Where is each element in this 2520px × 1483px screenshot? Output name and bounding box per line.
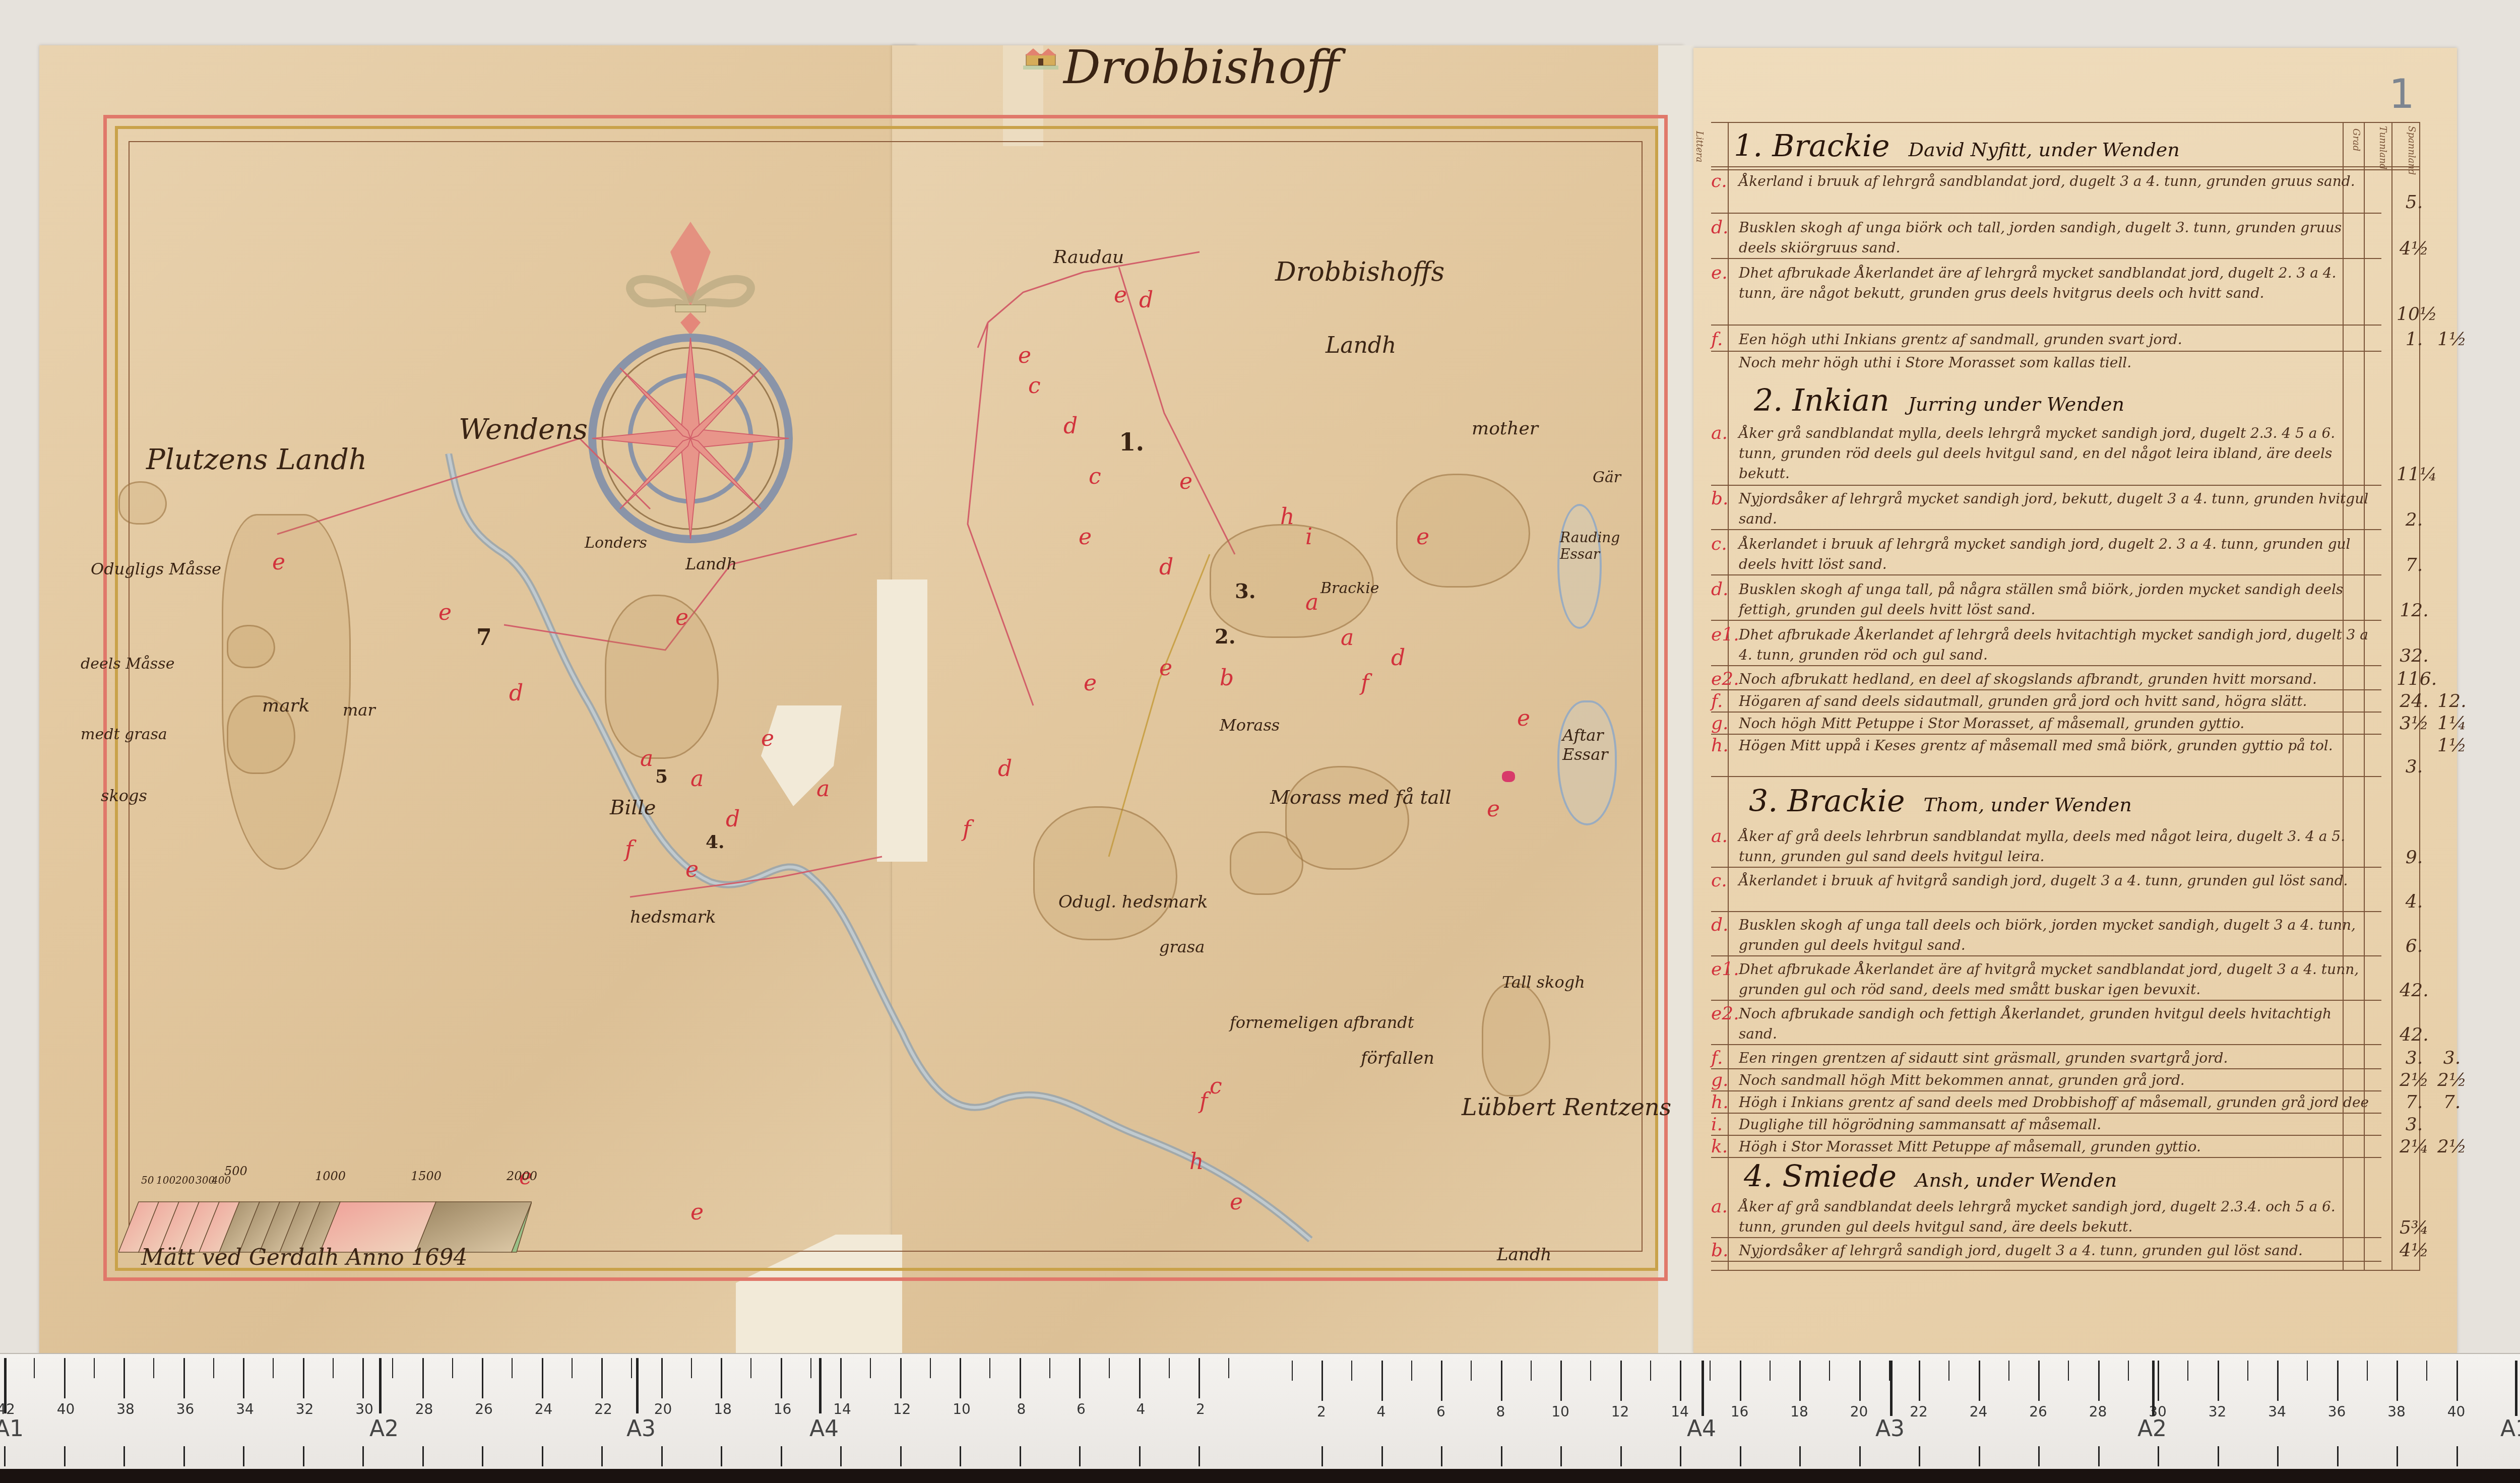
label-deels-masse: deels Måsse (81, 655, 174, 673)
label-rauding-essar: Rauding Essar (1560, 529, 1600, 562)
ruler-tick (2038, 1446, 2040, 1466)
ruler-number: 34 (236, 1401, 254, 1417)
row-littera: b. (1711, 1241, 1729, 1261)
row-littera: d. (1711, 579, 1729, 600)
ruler-tick (2158, 1446, 2159, 1466)
ruler-number: 24 (535, 1401, 553, 1417)
ruler-tick (1620, 1446, 1622, 1466)
ruler-tick (2426, 1361, 2427, 1381)
register-row: f.Högaren af sand deels sidautmall, grun… (1711, 691, 2381, 713)
ruler-number: 24 (1970, 1403, 1988, 1420)
row-spannland: 2½ (2437, 1070, 2467, 1090)
row-tunnland: 5. (2397, 192, 2432, 213)
parcel-number-4: 4. (706, 831, 725, 853)
section-name: Brackie (1787, 784, 1905, 819)
row-description: Noch sandmall högh Mitt bekommen annat, … (1739, 1070, 2369, 1090)
row-littera: c. (1711, 171, 1727, 191)
ruler-tick (1020, 1358, 1021, 1398)
row-littera: f. (1711, 691, 1723, 712)
ruler-tick (542, 1358, 543, 1398)
ruler-number: 36 (176, 1401, 195, 1417)
ruler-tick (1471, 1361, 1472, 1381)
ruler-tick (2397, 1446, 2398, 1466)
ruler-tick (94, 1358, 95, 1378)
row-littera: c. (1711, 534, 1727, 554)
ruler-tick (1560, 1446, 1562, 1466)
register-row: e1.Dhet afbrukade Åkerlandet äre af hvit… (1711, 959, 2381, 1001)
ruler-tick (781, 1446, 782, 1466)
ruler-tick (1199, 1358, 1200, 1398)
ruler-tick (840, 1446, 842, 1466)
register-row: e2.Noch afbrukade sandigh och fettigh Åk… (1711, 1004, 2381, 1045)
row-description: Åker af grå deels lehrbrun sandblandat m… (1739, 826, 2369, 867)
row-description: Busklen skogh af unga tall deels och biö… (1739, 915, 2369, 955)
parcel-letter: e (1179, 469, 1192, 494)
row-littera: a. (1711, 1197, 1728, 1217)
ruler-paper-size-label: A1 (0, 1416, 24, 1442)
ruler-tick (4, 1446, 6, 1466)
label-gransa: grasa (1159, 937, 1205, 956)
ruler-tick (1199, 1446, 1200, 1466)
row-littera: h. (1711, 736, 1729, 756)
ruler-paper-size-label: A3 (626, 1416, 656, 1442)
label-raudau: Raudau (1053, 247, 1124, 268)
ruler-tick (1411, 1361, 1412, 1381)
ruler-number: 34 (2268, 1403, 2286, 1420)
row-littera: f. (1711, 330, 1723, 350)
row-tunnland: 4. (2397, 892, 2432, 912)
ruler-tick (392, 1358, 393, 1378)
ruler-tick (2008, 1361, 2009, 1381)
scale-tick-label: 1000 (315, 1169, 346, 1183)
register-row: h.Högen Mitt uppå i Keses grentz af måse… (1711, 736, 2381, 777)
lake-rauding (1557, 504, 1602, 629)
ruler-tick (2068, 1361, 2069, 1381)
ruler-tick (989, 1358, 990, 1378)
row-littera: e1. (1711, 959, 1739, 980)
ruler-number: 16 (1731, 1403, 1749, 1420)
row-description: Dhet afbrukade Åkerlandet äre af hvitgrå… (1739, 959, 2369, 1000)
ruler-major-tick (2152, 1361, 2155, 1416)
ruler-tick (900, 1446, 902, 1466)
ruler-tick (1859, 1361, 1861, 1401)
row-description: Busklen skogh af unga biörk och tall, jo… (1739, 218, 2369, 258)
section-title-1: 1. Brackie David Nyfitt, under Wenden (1734, 128, 2180, 164)
scale-tick-label: 2000 (507, 1169, 537, 1183)
row-description: Högaren af sand deels sidautmall, grunde… (1739, 691, 2369, 712)
label-odugligs-masse: Odugligs Måsse (91, 559, 221, 578)
ruler-tick (482, 1358, 483, 1398)
ruler-number: 28 (415, 1401, 433, 1417)
row-description: Noch afbrukade sandigh och fettigh Åkerl… (1739, 1004, 2369, 1044)
ruler-tick (2456, 1361, 2458, 1401)
row-description: Åkerlandet i bruuk af hvitgrå sandigh jo… (1739, 871, 2369, 891)
ruler-tick (721, 1358, 722, 1398)
ruler-tick (1829, 1361, 1830, 1381)
parcel-letter: d (509, 680, 523, 706)
ruler-tick (661, 1358, 663, 1398)
ruler-tick (900, 1358, 902, 1398)
ruler-tick (362, 1358, 364, 1398)
ruler-tick (930, 1358, 931, 1378)
row-description: Dhet afbrukade Åkerlandet af lehrgrå dee… (1739, 625, 2369, 665)
ruler-tick (2038, 1361, 2040, 1401)
ruler-number: 2 (1196, 1401, 1205, 1417)
label-morass: Morass (1220, 716, 1280, 735)
ruler-tick (273, 1358, 274, 1378)
ruler-number: 10 (1551, 1403, 1569, 1420)
label-brackie-map: Brackie (1320, 579, 1379, 597)
ruler-tick (1079, 1358, 1081, 1398)
register-row: f.Een ringen grentzen af sidautt sint gr… (1711, 1048, 2381, 1069)
ruler-tick (452, 1358, 453, 1378)
ruler-number: 18 (1790, 1403, 1808, 1420)
register-header-rule (1711, 166, 2419, 170)
ruler-number: 38 (116, 1401, 135, 1417)
register-row: d.Busklen skogh af unga biörk och tall, … (1711, 218, 2381, 259)
ruler-tick (1590, 1361, 1591, 1381)
row-spannland: 12. (2437, 691, 2467, 712)
scale-tick-label: 500 (224, 1164, 247, 1178)
ruler-tick (362, 1446, 364, 1466)
parcel-letter: d (726, 806, 740, 832)
row-littera: e. (1711, 263, 1728, 283)
section-subtitle: Thom, under Wenden (1924, 794, 2132, 816)
parcel-letter: e (1084, 670, 1097, 696)
register-row: d.Busklen skogh af unga tall, på några s… (1711, 579, 2381, 621)
row-spannland: 1¼ (2437, 714, 2467, 734)
measuring-ruler (0, 1353, 2520, 1470)
ruler-tick (153, 1358, 154, 1378)
row-littera: a. (1711, 423, 1728, 443)
register-row: e2.Noch afbrukatt hedland, en deel af sk… (1711, 669, 2381, 690)
row-littera: d. (1711, 218, 1729, 238)
section-title-2: 2. Inkian Jurring under Wenden (1754, 383, 2124, 418)
row-description: Een ringen grentzen af sidautt sint gräs… (1739, 1048, 2369, 1068)
row-description: Duglighe till högrödning sammansatt af m… (1739, 1115, 2369, 1135)
register-column-line (2391, 122, 2392, 1271)
register-row: c.Åkerlandet i bruuk af lehrgrå mycket s… (1711, 534, 2381, 575)
ruler-tick (572, 1358, 573, 1378)
row-tunnland: 42. (2397, 1025, 2432, 1045)
label-plutzens-landh: Plutzens Landh (146, 443, 367, 476)
register-row: f.Een högh uthi Inkians grentz af sandma… (1711, 330, 2381, 352)
label-wendens: Wendens (459, 413, 588, 446)
row-description: Noch afbrukatt hedland, en deel af skogs… (1739, 669, 2369, 689)
row-description: Dhet afbrukade Åkerlandet äre af lehrgrå… (1739, 263, 2369, 303)
parcel-number-2: 2. (1215, 625, 1236, 649)
ruler-tick (691, 1358, 692, 1378)
ruler-number: 20 (1850, 1403, 1868, 1420)
row-littera: a. (1711, 826, 1728, 847)
ruler-tick (34, 1358, 35, 1378)
ruler-tick (243, 1446, 244, 1466)
ruler-tick (1799, 1361, 1801, 1401)
ruler-tick (2277, 1361, 2279, 1401)
parcel-number-3: 3. (1235, 579, 1256, 603)
ruler-major-tick (2515, 1361, 2517, 1416)
ruler-tick (2187, 1361, 2188, 1381)
ruler-number: 42 (0, 1401, 15, 1417)
label-tall-skogh: Tall skogh (1502, 973, 1585, 992)
ruler-tick (960, 1446, 961, 1466)
ruler-tick (243, 1358, 244, 1398)
ruler-tick (1620, 1361, 1622, 1401)
parcel-letter: d (998, 756, 1012, 782)
ruler-tick (1919, 1361, 1920, 1401)
ruler-number: 20 (654, 1401, 672, 1417)
ruler-number: 38 (2387, 1403, 2406, 1420)
row-tunnland: 3½ (2397, 714, 2432, 734)
parcel-letter: a (1341, 625, 1354, 651)
column-header-littera: Littera (1694, 131, 1705, 162)
ruler-tick (2456, 1446, 2458, 1466)
map-signature: Mätt ved Gerdalh Anno 1694 (141, 1245, 468, 1270)
row-tunnland: 11¼ (2397, 465, 2432, 485)
ruler-tick (1079, 1446, 1081, 1466)
parcel-letter: e (1230, 1189, 1243, 1215)
parcel-letter: e (1517, 705, 1530, 731)
section-subtitle: Ansh, under Wenden (1915, 1169, 2117, 1191)
ruler-tick (2307, 1361, 2308, 1381)
ruler-tick (2337, 1446, 2339, 1466)
parcel-letter: e (1018, 343, 1031, 368)
ruler-tick (2247, 1361, 2248, 1381)
section-number: 3. (1749, 784, 1778, 819)
section-number: 1. (1734, 128, 1762, 164)
row-littera: e2. (1711, 669, 1739, 689)
row-tunnland: 3. (2397, 1115, 2432, 1135)
register-row: a.Åker af grå sandblandat deels lehrgrå … (1711, 1197, 2381, 1238)
ruler-number: 4 (1137, 1401, 1146, 1417)
register-row: a.Åker af grå deels lehrbrun sandblandat… (1711, 826, 2381, 868)
row-tunnland: 32. (2397, 646, 2432, 666)
parcel-letter: a (690, 766, 704, 792)
row-description: Nyjordsåker af lehrgrå sandigh jord, dug… (1739, 1241, 2369, 1261)
ruler-paper-size-label: A3 (1875, 1416, 1905, 1442)
ruler-tick (2337, 1361, 2339, 1401)
ruler-number: 32 (2209, 1403, 2227, 1420)
register-row: e.Dhet afbrukade Åkerlandet äre af lehrg… (1711, 263, 2381, 326)
register-row: a.Åker grå sandblandat mylla, deels lehr… (1711, 423, 2381, 486)
parcel-letter: d (1139, 287, 1153, 313)
ruler-tick (2218, 1361, 2219, 1401)
parcel-letter: e (675, 605, 688, 630)
ruler-tick (1049, 1358, 1050, 1378)
ruler-tick (1740, 1446, 1741, 1466)
row-tunnland: 42. (2397, 981, 2432, 1001)
row-littera: g. (1711, 714, 1729, 734)
parcel-number-7: 7 (476, 625, 492, 651)
label-odugl-hedsmark: Odugl. hedsmark (1058, 892, 1208, 912)
ruler-tick (1560, 1361, 1562, 1401)
row-description: Högh i Stor Morasset Mitt Petuppe af mås… (1739, 1137, 2369, 1157)
ruler-tick (422, 1358, 424, 1398)
parcel-letter: f (1361, 670, 1369, 696)
row-littera: i. (1711, 1115, 1723, 1135)
row-spannland: 2½ (2437, 1137, 2467, 1157)
ruler-tick (601, 1358, 603, 1398)
ruler-tick (1441, 1446, 1442, 1466)
label-mark: mark (262, 695, 310, 716)
parcel-letter: e (761, 726, 774, 751)
register-row: b.Nyjordsåker af lehrgrå mycket sandigh … (1711, 489, 2381, 530)
ruler-paper-size-label: A4 (1687, 1416, 1716, 1442)
ruler-tick (2098, 1446, 2100, 1466)
row-littera: d. (1711, 915, 1729, 935)
register-row: c.Åkerlandet i bruuk af hvitgrå sandigh … (1711, 871, 2381, 912)
ruler-tick (750, 1358, 751, 1378)
parcel-letter: e (438, 600, 452, 625)
parcel-letter: e (1159, 655, 1172, 681)
ruler-number: 18 (714, 1401, 732, 1417)
row-tunnland: 5¾ (2397, 1218, 2432, 1238)
label-fornemeligen-afbrandt: fornemeligen afbrandt (1230, 1013, 1414, 1032)
ruler-tick (1139, 1358, 1141, 1398)
ruler-major-tick (1702, 1361, 1704, 1416)
ruler-tick (64, 1446, 66, 1466)
register-row: e1.Dhet afbrukade Åkerlandet af lehrgrå … (1711, 625, 2381, 666)
label-landh-lubbert: Landh (1497, 1245, 1551, 1265)
ruler-tick (183, 1446, 185, 1466)
label-landh-drobbishoff: Landh (1326, 333, 1396, 358)
row-tunnland: 2¼ (2397, 1137, 2432, 1157)
section-name: Smiede (1782, 1159, 1897, 1194)
ruler-paper-size-label: A1 (2500, 1416, 2520, 1442)
parcel-letter: i (1305, 524, 1312, 550)
register-row: i.Duglighe till högrödning sammansatt af… (1711, 1115, 2381, 1136)
row-description: Åkerland i bruuk af lehrgrå sandblandat … (1739, 171, 2369, 191)
ruler-tick (482, 1446, 483, 1466)
ruler-tick (1020, 1446, 1021, 1466)
ruler-tick (1292, 1361, 1293, 1381)
ruler-tick (1139, 1446, 1141, 1466)
ruler-number: 6 (1436, 1403, 1445, 1420)
row-littera: g. (1711, 1070, 1729, 1090)
ruler-tick (1680, 1361, 1681, 1401)
column-header-spannland: Spannland (2406, 126, 2417, 175)
ruler-tick (2367, 1361, 2368, 1381)
row-description: Busklen skogh af unga tall, på några stä… (1739, 579, 2369, 620)
page-number: 1 (2389, 71, 2415, 117)
ruler-tick (303, 1446, 304, 1466)
ruler-tick (2158, 1361, 2159, 1401)
parcel-letter: h (1280, 504, 1294, 530)
scale-tick-label: 1500 (411, 1169, 442, 1183)
ruler-number: 40 (2447, 1403, 2466, 1420)
ruler-tick (661, 1446, 663, 1466)
ruler-tick (1321, 1361, 1323, 1401)
ruler-tick (960, 1358, 961, 1398)
label-mother: mother (1472, 418, 1538, 439)
ruler-tick (2098, 1361, 2100, 1401)
parcel-letter: d (1063, 413, 1078, 439)
ruler-tick (1799, 1446, 1801, 1466)
row-littera: k. (1711, 1137, 1728, 1157)
row-littera: h. (1711, 1092, 1729, 1113)
row-description: Noch mehr högh uthi i Store Morasset som… (1739, 353, 2369, 373)
ruler-tick (2397, 1361, 2398, 1401)
section-subtitle: Jurring under Wenden (1908, 393, 2124, 415)
ruler-tick (123, 1446, 125, 1466)
section-title-4: 4. Smiede Ansh, under Wenden (1744, 1159, 2117, 1194)
label-forfallen: förfallen (1361, 1048, 1434, 1068)
ruler-major-tick (1890, 1361, 1893, 1416)
ruler-major-tick (379, 1358, 382, 1413)
ruler-tick (1979, 1361, 1980, 1401)
row-littera: c. (1711, 871, 1727, 891)
scanner-edge (0, 1469, 2520, 1483)
row-littera: e1. (1711, 625, 1739, 645)
ruler-tick (1710, 1361, 1711, 1381)
ruler-tick (810, 1358, 811, 1378)
ruler-paper-size-label: A4 (809, 1416, 839, 1442)
section-name: Inkian (1792, 383, 1889, 418)
ruler-tick (183, 1358, 185, 1398)
ruler-tick (1381, 1361, 1383, 1401)
ruler-number: 14 (833, 1401, 851, 1417)
register-row: k.Högh i Stor Morasset Mitt Petuppe af m… (1711, 1137, 2381, 1158)
row-tunnland: 4½ (2397, 239, 2432, 259)
ruler-tick (1109, 1358, 1110, 1378)
ruler-number: 16 (774, 1401, 792, 1417)
row-description: Een högh uthi Inkians grentz af sandmall… (1739, 330, 2369, 350)
ruler-tick (601, 1446, 603, 1466)
ruler-number: 6 (1077, 1401, 1086, 1417)
parcel-letter: b (1220, 665, 1234, 691)
ruler-number: 8 (1017, 1401, 1026, 1417)
map-parcel (1230, 831, 1303, 895)
ruler-number: 4 (1377, 1403, 1386, 1420)
row-tunnland: 24. (2397, 691, 2432, 712)
row-tunnland: 9. (2397, 848, 2432, 868)
register-row: c.Åkerland i bruuk af lehrgrå sandblanda… (1711, 171, 2381, 214)
ruler-number: 32 (296, 1401, 314, 1417)
register-row: h.Högh i Inkians grentz af sand deels me… (1711, 1092, 2381, 1114)
ruler-tick (1859, 1446, 1861, 1466)
parcel-letter: f (963, 816, 971, 842)
row-tunnland: 12. (2397, 601, 2432, 621)
parcel-letter: c (1210, 1073, 1222, 1099)
ruler-tick (840, 1358, 842, 1398)
register-row: Noch mehr högh uthi i Store Morasset som… (1711, 353, 2381, 374)
row-description: Noch högh Mitt Petuppe i Stor Morasset, … (1739, 714, 2369, 734)
ruler-tick (1321, 1446, 1323, 1466)
row-description: Åker af grå sandblandat deels lehrgrå my… (1739, 1197, 2369, 1237)
section-name: Brackie (1772, 128, 1889, 164)
row-tunnland: 1. (2397, 330, 2432, 350)
ruler-tick (1228, 1358, 1229, 1378)
map-parcel (227, 625, 275, 668)
ruler-tick (1680, 1446, 1681, 1466)
ruler-tick (781, 1358, 782, 1398)
parcel-letter: e (1079, 524, 1092, 550)
label-morass-med-tall: Morass med få tall (1270, 786, 1452, 808)
ruler-tick (422, 1446, 424, 1466)
ruler-number: 26 (475, 1401, 493, 1417)
ruler-number: 10 (953, 1401, 971, 1417)
label-landh: Landh (685, 554, 737, 573)
ruler-number: 26 (2029, 1403, 2047, 1420)
ruler-tick (542, 1446, 543, 1466)
label-drobbishoffs: Drobbishoffs (1275, 257, 1444, 287)
row-tunnland: 116. (2397, 669, 2432, 689)
row-spannland: 7. (2437, 1092, 2467, 1113)
section-number: 4. (1744, 1159, 1773, 1194)
map-parcel (118, 481, 167, 525)
parcel-letter: a (816, 776, 830, 802)
register-row: d.Busklen skogh af unga tall deels och b… (1711, 915, 2381, 956)
